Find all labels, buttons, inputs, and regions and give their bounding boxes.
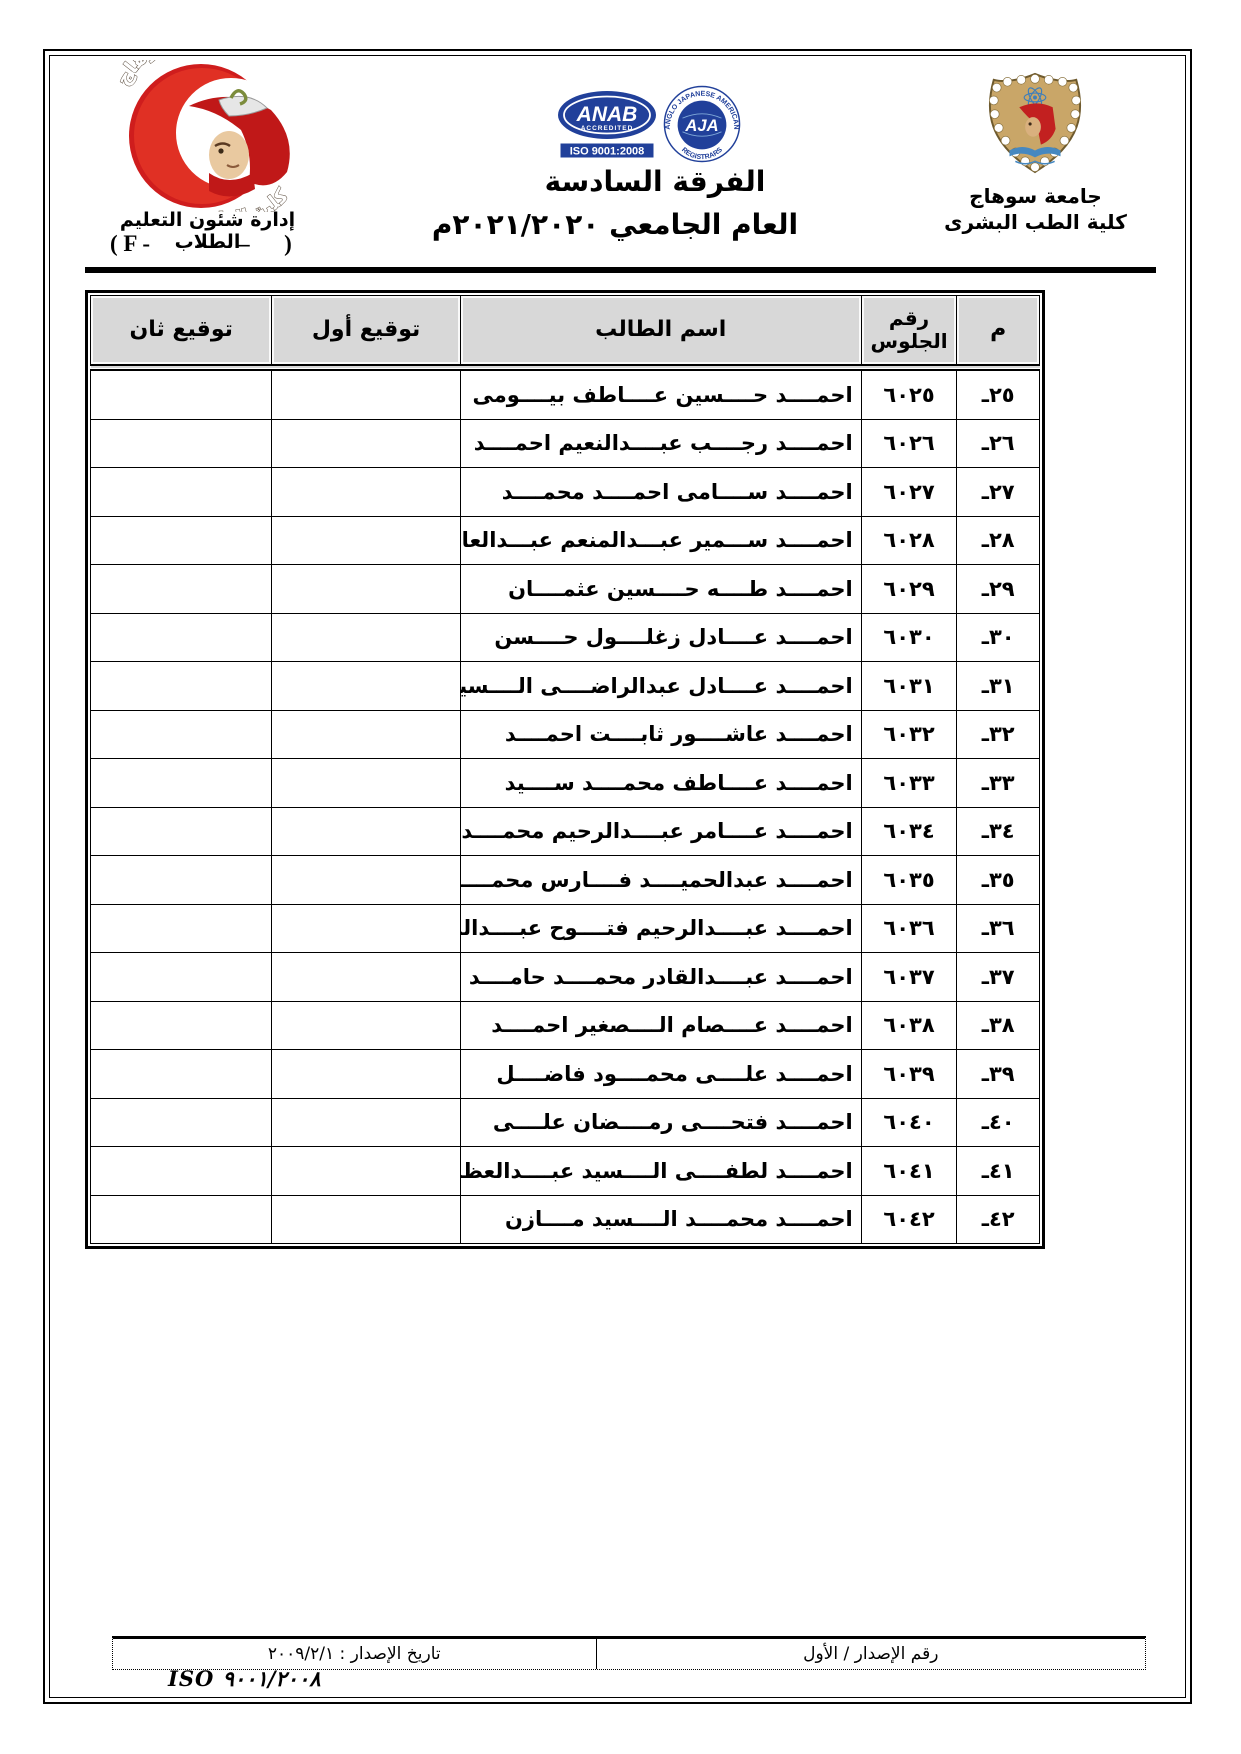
sohag-crescent-logo: جامعة سوهاج كلية الطب — [103, 60, 318, 212]
student-name-cell: احمــــد ســــامى احمــــد محمــــد — [460, 468, 861, 517]
table-row: ٣٤ـ٦٠٣٤احمــــد عــــامر عبــــدالرحيم م… — [91, 807, 1040, 856]
student-name-cell: احمــــد محمــــد الــــسيد مــــازن — [460, 1195, 861, 1244]
anab-accreditation-logo: ANAB ACCREDITED ISO 9001:2008 — [557, 90, 657, 158]
header-index: م — [957, 296, 1040, 368]
seat-number-cell: ٦٠٢٥ — [861, 368, 957, 420]
issue-number: رقم الإصدار / الأول — [596, 1639, 1145, 1669]
first-signature-cell — [272, 807, 460, 856]
table-row: ٢٨ـ٦٠٢٨احمــــد ســـمير عبـــدالمنعم عبـ… — [91, 516, 1040, 565]
index-cell: ٤٠ـ — [957, 1098, 1040, 1147]
first-signature-cell — [272, 856, 460, 905]
header-seat-number: رقم الجلوس — [861, 296, 957, 368]
student-name-cell: احمــــد علــــى محمــــود فاضــــل — [460, 1050, 861, 1099]
seat-number-cell: ٦٠٤٢ — [861, 1195, 957, 1244]
index-cell: ٣٣ـ — [957, 759, 1040, 808]
seat-number-cell: ٦٠٣٤ — [861, 807, 957, 856]
index-cell: ٣٨ـ — [957, 1001, 1040, 1050]
student-name-cell: احمــــد عبــــدالقادر محمــــد حامــــد — [460, 953, 861, 1002]
header-first-signature: توقيع أول — [272, 296, 460, 368]
second-signature-cell — [91, 613, 272, 662]
index-cell: ٣٠ـ — [957, 613, 1040, 662]
index-cell: ٣٧ـ — [957, 953, 1040, 1002]
second-signature-cell — [91, 1001, 272, 1050]
student-name-cell: احمــــد رجــــب عبــــدالنعيم احمــــد — [460, 419, 861, 468]
student-name-cell: احمــــد عبدالحميــــد فــــارس محمــــو… — [460, 856, 861, 905]
index-cell: ٣٦ـ — [957, 904, 1040, 953]
second-signature-cell — [91, 368, 272, 420]
students-table: م رقم الجلوس اسم الطالب توقيع أول توقيع … — [90, 295, 1040, 1244]
student-name-cell: احمــــد عــــادل عبدالراضــــى الــــسي… — [460, 662, 861, 711]
table-row: ٣٧ـ٦٠٣٧احمــــد عبــــدالقادر محمــــد ح… — [91, 953, 1040, 1002]
second-signature-cell — [91, 856, 272, 905]
second-signature-cell — [91, 904, 272, 953]
seat-number-cell: ٦٠٣٢ — [861, 710, 957, 759]
first-signature-cell — [272, 662, 460, 711]
table-row: ٤١ـ٦٠٤١احمــــد لطفــــى الــــسيد عبـــ… — [91, 1147, 1040, 1196]
pharaoh-face — [209, 131, 249, 179]
seat-number-cell: ٦٠٣٠ — [861, 613, 957, 662]
index-cell: ٢٦ـ — [957, 419, 1040, 468]
table-row: ٣١ـ٦٠٣١احمــــد عــــادل عبدالراضــــى ا… — [91, 662, 1040, 711]
header-student-name: اسم الطالب — [460, 296, 861, 368]
iso-standard-label: ISO ٩٠٠١/٢٠٠٨ — [168, 1666, 321, 1691]
first-signature-cell — [272, 710, 460, 759]
index-cell: ٣٥ـ — [957, 856, 1040, 905]
seat-number-cell: ٦٠٣٦ — [861, 904, 957, 953]
second-signature-cell — [91, 759, 272, 808]
first-signature-cell — [272, 565, 460, 614]
seat-number-cell: ٦٠٣٧ — [861, 953, 957, 1002]
first-signature-cell — [272, 1050, 460, 1099]
second-signature-cell — [91, 807, 272, 856]
aja-registrars-logo: ANGLO JAPANESE AMERICAN REGISTRARS AJA — [663, 85, 741, 163]
first-signature-cell — [272, 759, 460, 808]
first-signature-cell — [272, 953, 460, 1002]
first-signature-cell — [272, 1098, 460, 1147]
seat-number-cell: ٦٠٢٧ — [861, 468, 957, 517]
student-name-cell: احمــــد عــــصام الــــصغير احمــــد — [460, 1001, 861, 1050]
student-name-cell: احمــــد عبــــدالرحيم فتــــوح عبــــدا… — [460, 904, 861, 953]
table-row: ٣٦ـ٦٠٣٦احمــــد عبــــدالرحيم فتــــوح ع… — [91, 904, 1040, 953]
table-row: ٣٩ـ٦٠٣٩احمــــد علــــى محمــــود فاضـــ… — [91, 1050, 1040, 1099]
student-name-cell: احمــــد عاشــــور ثابــــت احمــــد — [460, 710, 861, 759]
table-row: ٤٠ـ٦٠٤٠احمــــد فتحــــى رمــــضان علـــ… — [91, 1098, 1040, 1147]
table-row: ٣٥ـ٦٠٣٥احمــــد عبدالحميــــد فــــارس م… — [91, 856, 1040, 905]
student-name-cell: احمــــد طــــه حــــسين عثمــــان — [460, 565, 861, 614]
second-signature-cell — [91, 1050, 272, 1099]
table-row: ٣٢ـ٦٠٣٢احمــــد عاشــــور ثابــــت احمــ… — [91, 710, 1040, 759]
first-signature-cell — [272, 613, 460, 662]
first-signature-cell — [272, 516, 460, 565]
footer-table: رقم الإصدار / الأول تاريخ الإصدار : ٢٠٠٩… — [112, 1636, 1146, 1670]
student-table-body: ٢٥ـ٦٠٢٥احمــــد حــــسين عــــاطف بيــــ… — [91, 368, 1040, 1244]
first-signature-cell — [272, 419, 460, 468]
first-signature-cell — [272, 1001, 460, 1050]
index-cell: ٣١ـ — [957, 662, 1040, 711]
seat-number-cell: ٦٠٢٨ — [861, 516, 957, 565]
iso-badge-text: ISO 9001:2008 — [570, 146, 645, 158]
university-name: جامعة سوهاج — [948, 184, 1123, 208]
second-signature-cell — [91, 662, 272, 711]
index-cell: ٣٩ـ — [957, 1050, 1040, 1099]
students-table-wrapper: م رقم الجلوس اسم الطالب توقيع أول توقيع … — [85, 290, 1045, 1249]
seat-number-cell: ٦٠٣٩ — [861, 1050, 957, 1099]
first-signature-cell — [272, 368, 460, 420]
index-cell: ٢٥ـ — [957, 368, 1040, 420]
table-row: ٢٦ـ٦٠٢٦احمــــد رجــــب عبــــدالنعيم اح… — [91, 419, 1040, 468]
second-signature-cell — [91, 516, 272, 565]
student-name-cell: احمــــد حــــسين عــــاطف بيــــومى — [460, 368, 861, 420]
second-signature-cell — [91, 1147, 272, 1196]
table-row: ٤٢ـ٦٠٤٢احمــــد محمــــد الــــسيد مــــ… — [91, 1195, 1040, 1244]
index-cell: ٢٩ـ — [957, 565, 1040, 614]
student-name-cell: احمــــد لطفــــى الــــسيد عبــــدالعظي… — [460, 1147, 861, 1196]
student-name-cell: احمــــد عــــادل زغلــــول حــــسن — [460, 613, 861, 662]
grade-title: الفرقة السادسة — [495, 165, 815, 198]
table-row: ٢٥ـ٦٠٢٥احمــــد حــــسين عــــاطف بيــــ… — [91, 368, 1040, 420]
seat-number-cell: ٦٠٤٠ — [861, 1098, 957, 1147]
anab-title: ANAB — [576, 103, 638, 126]
student-name-cell: احمــــد ســـمير عبـــدالمنعم عبـــدالعا… — [460, 516, 861, 565]
index-cell: ٣٢ـ — [957, 710, 1040, 759]
student-name-cell: احمــــد عــــامر عبــــدالرحيم محمــــد — [460, 807, 861, 856]
table-row: ٣٣ـ٦٠٣٣احمــــد عــــاطف محمــــد ســــي… — [91, 759, 1040, 808]
table-header-row: م رقم الجلوس اسم الطالب توقيع أول توقيع … — [91, 296, 1040, 368]
document-page: جامعة سوهاج كلية الطب إدارة شئون التعليم… — [0, 0, 1241, 1754]
first-signature-cell — [272, 904, 460, 953]
index-cell: ٢٨ـ — [957, 516, 1040, 565]
seat-number-cell: ٦٠٤١ — [861, 1147, 957, 1196]
header-second-signature: توقيع ثان — [91, 296, 272, 368]
second-signature-cell — [91, 953, 272, 1002]
index-cell: ٣٤ـ — [957, 807, 1040, 856]
first-signature-cell — [272, 468, 460, 517]
faculty-name: كلية الطب البشرى — [938, 210, 1133, 234]
student-name-cell: احمــــد عــــاطف محمــــد ســــيد — [460, 759, 861, 808]
second-signature-cell — [91, 419, 272, 468]
issue-date: تاريخ الإصدار : ٢٠٠٩/٢/١ — [113, 1639, 596, 1669]
index-cell: ٢٧ـ — [957, 468, 1040, 517]
seat-number-cell: ٦٠٢٩ — [861, 565, 957, 614]
table-row: ٣٨ـ٦٠٣٨احمــــد عــــصام الــــصغير احمـ… — [91, 1001, 1040, 1050]
table-row: ٢٩ـ٦٠٢٩احمــــد طــــه حــــسين عثمــــا… — [91, 565, 1040, 614]
first-signature-cell — [272, 1195, 460, 1244]
index-cell: ٤٢ـ — [957, 1195, 1040, 1244]
seat-number-cell: ٦٠٣٨ — [861, 1001, 957, 1050]
table-row: ٣٠ـ٦٠٣٠احمــــد عــــادل زغلــــول حــــ… — [91, 613, 1040, 662]
form-code: ( F - - – ) — [110, 231, 292, 257]
index-cell: ٤١ـ — [957, 1147, 1040, 1196]
first-signature-cell — [272, 1147, 460, 1196]
anab-subtitle: ACCREDITED — [581, 125, 634, 132]
academic-year: العام الجامعي ٢٠٢١/٢٠٢٠م — [415, 208, 815, 241]
header-divider-line — [85, 267, 1156, 273]
student-name-cell: احمــــد فتحــــى رمــــضان علــــى — [460, 1098, 861, 1147]
second-signature-cell — [91, 565, 272, 614]
second-signature-cell — [91, 710, 272, 759]
second-signature-cell — [91, 468, 272, 517]
table-row: ٢٧ـ٦٠٢٧احمــــد ســــامى احمــــد محمـــ… — [91, 468, 1040, 517]
faculty-shield-logo — [973, 70, 1097, 176]
seat-number-cell: ٦٠٣٥ — [861, 856, 957, 905]
seat-number-cell: ٦٠٣١ — [861, 662, 957, 711]
aja-abbr: AJA — [684, 116, 718, 135]
second-signature-cell — [91, 1195, 272, 1244]
second-signature-cell — [91, 1098, 272, 1147]
seat-number-cell: ٦٠٣٣ — [861, 759, 957, 808]
seat-number-cell: ٦٠٢٦ — [861, 419, 957, 468]
